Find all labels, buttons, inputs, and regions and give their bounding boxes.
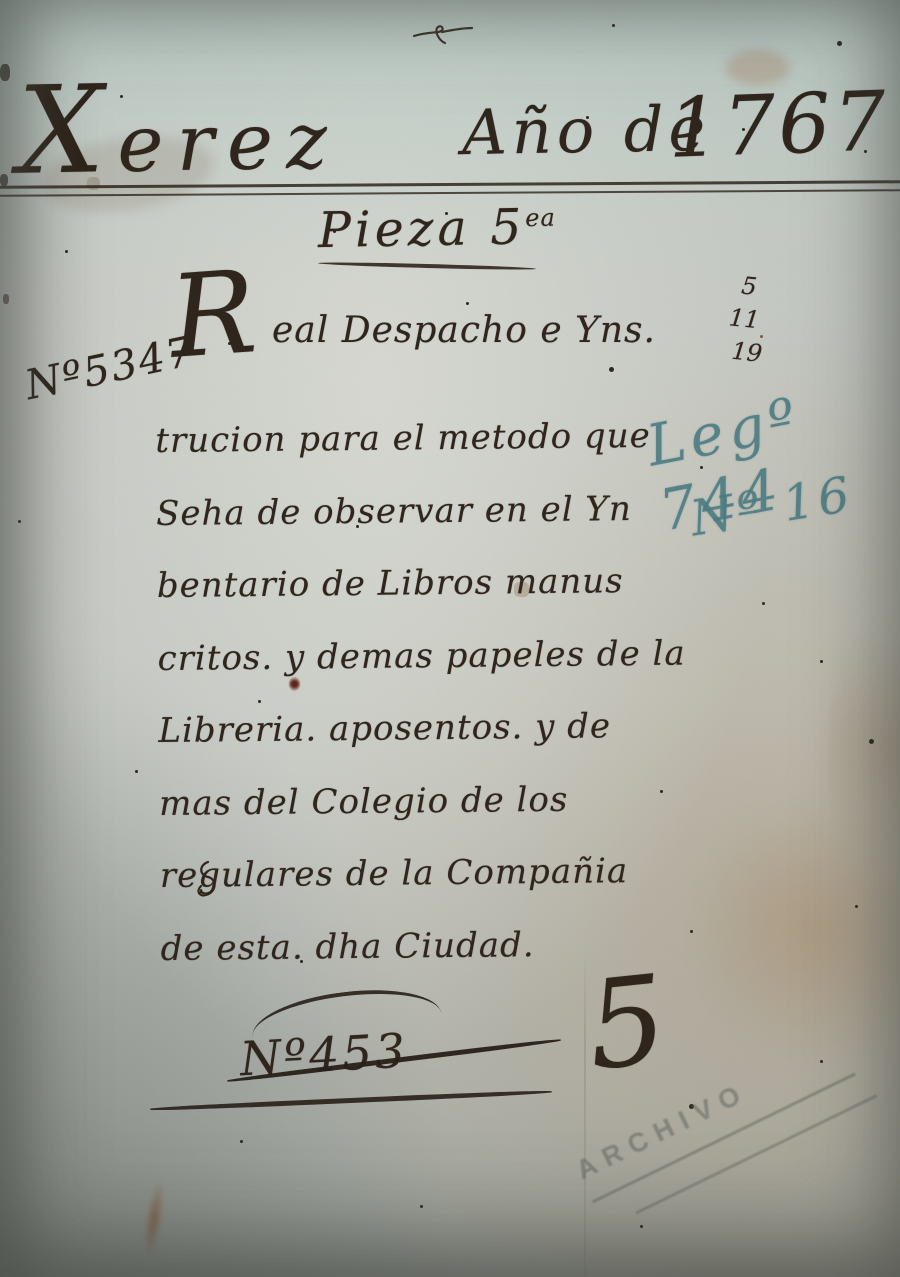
shelf-mark: 5 11 19 — [721, 268, 771, 371]
body-first-line: eal Despacho e Yns. — [272, 310, 656, 351]
paper-stain-streak — [140, 1181, 167, 1257]
body-line: critos. y demas papeles de la — [157, 616, 738, 695]
big-piece-number: 5 — [582, 958, 672, 1087]
edge-mark — [0, 64, 10, 81]
flourish-mark — [192, 858, 220, 906]
edge-mark — [3, 294, 9, 304]
header-year: 1767 — [666, 74, 890, 177]
ink-specks — [0, 0, 3, 3]
pieza-word: Pieza — [318, 199, 472, 259]
body-line: mas del Colegio de los — [159, 761, 740, 840]
body-line: Libreria. aposentos. y de — [158, 689, 739, 768]
pieza-number: 5 — [490, 198, 526, 256]
pieza-ordinal: ea — [525, 204, 556, 233]
shelf-mark-line: 11 — [727, 301, 767, 338]
paper-stain — [828, 592, 900, 902]
body-line: regulares de la Compañia — [160, 834, 741, 913]
edge-mark — [0, 174, 8, 186]
top-squiggle-mark — [412, 20, 476, 48]
header-place: Xerez — [17, 55, 341, 202]
body-line: Seha de observar en el Yn — [156, 471, 737, 550]
manuscript-page: Xerez Año de 1767 Pieza 5ea R eal Despac… — [0, 0, 900, 1277]
pieza-underline — [318, 261, 536, 271]
pieza-title: Pieza 5ea — [318, 198, 557, 259]
shelf-mark-line: 5 — [740, 269, 771, 305]
shelf-mark-line: 19 — [730, 335, 764, 371]
margin-number: Nº5347 — [21, 327, 199, 410]
body-line: bentario de Libros manus — [156, 544, 737, 623]
underline-flourish — [150, 1089, 552, 1112]
body-text-block: trucion para el metodo que Seha de obser… — [155, 399, 741, 985]
